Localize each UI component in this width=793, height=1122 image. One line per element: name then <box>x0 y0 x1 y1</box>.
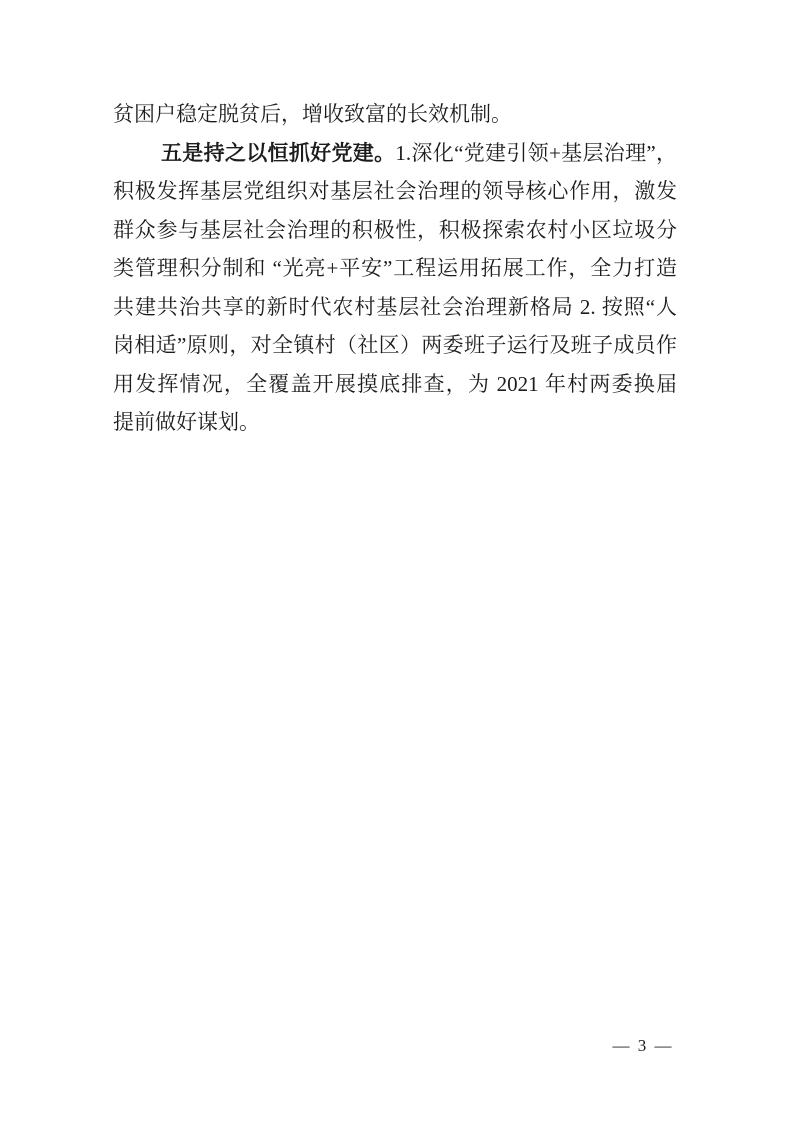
paragraph-start-line: 五是持之以恒抓好党建。1.深化“党建引领+基层治理”， <box>113 134 677 173</box>
paragraph-end-line: 贫困户稳定脱贫后，增收致富的长效机制。 <box>113 95 677 134</box>
body-line: 类管理积分制和 “光亮+平安”工程运用拓展工作，全力打造 <box>113 249 677 288</box>
body-line: 共建共治共享的新时代农村基层社会治理新格局 2. 按照“人 <box>113 288 677 327</box>
document-page: 贫困户稳定脱贫后，增收致富的长效机制。 五是持之以恒抓好党建。1.深化“党建引领… <box>0 0 793 1122</box>
page-number: — 3 — <box>598 1036 688 1056</box>
paragraph-last-line: 提前做好谋划。 <box>113 403 677 442</box>
body-line: 积极发挥基层党组织对基层社会治理的领导核心作用，激发 <box>113 172 677 211</box>
body-line: 岗相适”原则，对全镇村（社区）两委班子运行及班子成员作 <box>113 326 677 365</box>
body-line: 群众参与基层社会治理的积极性，积极探索农村小区垃圾分 <box>113 211 677 250</box>
document-body: 贫困户稳定脱贫后，增收致富的长效机制。 五是持之以恒抓好党建。1.深化“党建引领… <box>113 95 677 442</box>
body-line: 用发挥情况，全覆盖开展摸底排查，为 2021 年村两委换届 <box>113 365 677 404</box>
paragraph-lead-rest: 1.深化“党建引领+基层治理”， <box>395 141 677 165</box>
paragraph-lead-heading: 五是持之以恒抓好党建。 <box>161 141 395 165</box>
